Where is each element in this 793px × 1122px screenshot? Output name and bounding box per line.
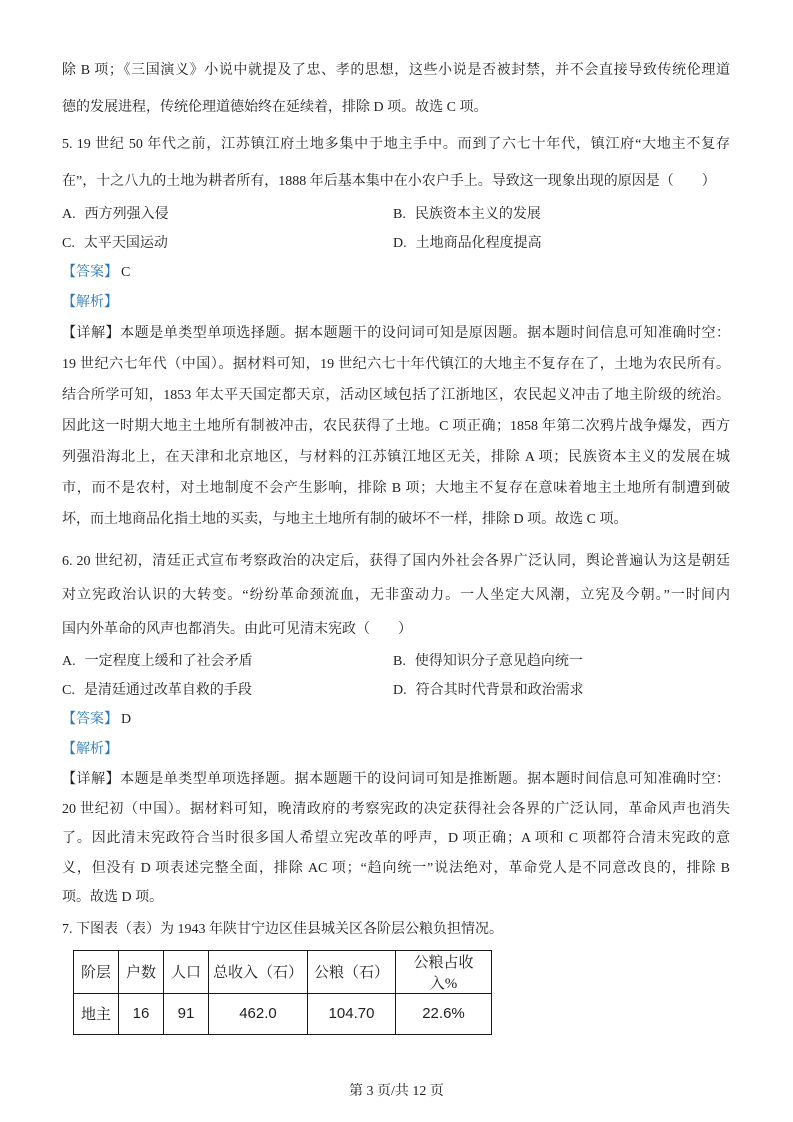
text-line: 德的发展进程，传统伦理道德始终在延续着，排除 D 项。故选 C 项。 — [62, 89, 730, 126]
option-text: 一定程度上缓和了社会矛盾 — [85, 647, 253, 676]
q6-option-c: C. 是清廷通过改革自救的手段 — [62, 676, 393, 705]
q5-detail-line: 【详解】本题是单类型单项选择题。据本题题干的设问词可知是原因题。据本题时间信息可… — [62, 318, 730, 349]
table-cell-grain: 104.70 — [308, 993, 396, 1034]
option-key: D. — [393, 229, 407, 258]
option-key: D. — [393, 676, 407, 705]
q6-detail: 【详解】本题是单类型单项选择题。据本题题干的设问词可知是推断题。据本题时间信息可… — [62, 765, 730, 913]
q6-detail-line: 【详解】本题是单类型单项选择题。据本题题干的设问词可知是推断题。据本题时间信息可… — [62, 765, 730, 795]
table-header-cell: 阶层 — [74, 950, 119, 993]
q5-stem-line: 5. 19 世纪 50 年代之前，江苏镇江府土地多集中于地主手中。而到了六七十年… — [62, 126, 730, 163]
q6-stem-line: 6. 20 世纪初，清廷正式宣布考察政治的决定后，获得了国内外社会各界广泛认同，… — [62, 545, 730, 579]
q6-option-d: D. 符合其时代背景和政治需求 — [393, 676, 584, 705]
q5-answer-row: 【答案】C — [62, 258, 730, 288]
q5-detail-line: 19 世纪六七年代（中国）。据材料可知，19 世纪六七十年代镇江的大地主不复存在… — [62, 349, 730, 380]
text-line: 除 B 项；《三国演义》小说中就提及了忠、孝的思想，这些小说是否被封禁，并不会直… — [62, 52, 730, 89]
q5-option-c: C. 太平天国运动 — [62, 229, 393, 258]
option-text: 太平天国运动 — [84, 229, 168, 258]
option-text: 使得知识分子意见趋向统一 — [415, 647, 583, 676]
answer-label: 【答案】 — [62, 712, 118, 727]
answer-label: 【答案】 — [62, 265, 118, 280]
table-row: 地主 16 91 462.0 104.70 22.6% — [74, 993, 492, 1034]
grain-burden-table: 阶层 户数 人口 总收入（石） 公粮（石） 公粮占收入% 地主 16 91 46… — [73, 950, 492, 1035]
table-header-row: 阶层 户数 人口 总收入（石） 公粮（石） 公粮占收入% — [74, 950, 492, 993]
option-key: C. — [62, 229, 75, 258]
table-cell-households: 16 — [119, 993, 164, 1034]
q6-detail-line: 20 世纪初（中国）。据材料可知，晚清政府的考察宪政的决定获得社会各界的广泛认同… — [62, 795, 730, 825]
q6-option-b: B. 使得知识分子意见趋向统一 — [393, 647, 583, 676]
q6-stem-line: 对立宪政治认识的大转变。“纷纷革命颈流血，无非蛮动力。一人坐定大风潮，立宪及今朝… — [62, 579, 730, 613]
option-key: C. — [62, 676, 75, 705]
q6-stem-line: 国内外革命的风声也都消失。由此可见清末宪政（ ） — [62, 613, 730, 647]
option-key: A. — [62, 200, 76, 229]
q5-options-row-2: C. 太平天国运动 D. 土地商品化程度提高 — [62, 229, 730, 258]
q5-detail-line: 结合所学可知，1853 年太平天国定都天京，活动区域包括了江浙地区，农民起义冲击… — [62, 380, 730, 411]
q5-detail: 【详解】本题是单类型单项选择题。据本题题干的设问词可知是原因题。据本题时间信息可… — [62, 318, 730, 535]
q5-detail-line: 坏，而土地商品化指土地的买卖，与地主土地所有制的破坏不一样，排除 D 项。故选 … — [62, 504, 730, 535]
option-key: B. — [393, 200, 406, 229]
page-number-footer: 第 3 页/共 12 页 — [0, 1080, 793, 1100]
q4-analysis-tail: 除 B 项；《三国演义》小说中就提及了忠、孝的思想，这些小说是否被封禁，并不会直… — [62, 52, 730, 126]
document-page: 除 B 项；《三国演义》小说中就提及了忠、孝的思想，这些小说是否被封禁，并不会直… — [0, 0, 793, 1122]
q6-option-a: A. 一定程度上缓和了社会矛盾 — [62, 647, 393, 676]
q5-detail-line: 列强沿海北上，在天津和北京地区，与材料的江苏镇江地区无关，排除 A 项；民族资本… — [62, 442, 730, 473]
option-text: 符合其时代背景和政治需求 — [416, 676, 584, 705]
q5-option-a: A. 西方列强入侵 — [62, 200, 393, 229]
answer-value: D — [121, 712, 131, 727]
analysis-label: 【解析】 — [62, 295, 118, 310]
q5-option-b: B. 民族资本主义的发展 — [393, 200, 541, 229]
table-cell-income: 462.0 — [209, 993, 308, 1034]
option-text: 西方列强入侵 — [85, 200, 169, 229]
q7-intro: 7. 下图表（表）为 1943 年陕甘宁边区佳县城关区各阶层公粮负担情况。 — [62, 915, 730, 944]
table-cell-population: 91 — [164, 993, 209, 1034]
q6-detail-line: 义，但没有 D 项表述完整全面，排除 AC 项；“趋向统一”说法绝对，革命党人是… — [62, 854, 730, 884]
q6-options-row-2: C. 是清廷通过改革自救的手段 D. 符合其时代背景和政治需求 — [62, 676, 730, 705]
option-text: 民族资本主义的发展 — [415, 200, 541, 229]
q5-options-row-1: A. 西方列强入侵 B. 民族资本主义的发展 — [62, 200, 730, 229]
analysis-label: 【解析】 — [62, 742, 118, 757]
table-cell-class: 地主 — [74, 993, 119, 1034]
q5-detail-line: 市，而不是农村，对土地制度不会产生影响，排除 B 项；大地主不复存在意味着地主土… — [62, 473, 730, 504]
q6-analysis-row: 【解析】 — [62, 735, 730, 765]
option-text: 是清廷通过改革自救的手段 — [84, 676, 252, 705]
table-header-cell: 总收入（石） — [209, 950, 308, 993]
table-header-cell: 公粮（石） — [308, 950, 396, 993]
q6-options-row-1: A. 一定程度上缓和了社会矛盾 B. 使得知识分子意见趋向统一 — [62, 647, 730, 676]
q6-stem: 6. 20 世纪初，清廷正式宣布考察政治的决定后，获得了国内外社会各界广泛认同，… — [62, 545, 730, 647]
q5-stem-line: 在”，十之八九的土地为耕者所有，1888 年后基本集中在小农户手上。导致这一现象… — [62, 163, 730, 200]
option-key: B. — [393, 647, 406, 676]
q6-detail-line: 了。因此清末宪政符合当时很多国人希望立宪改革的呼声，D 项正确；A 项和 C 项… — [62, 824, 730, 854]
q6-answer-row: 【答案】D — [62, 705, 730, 735]
q5-detail-line: 因此这一时期大地主土地所有制被冲击，农民获得了土地。C 项正确；1858 年第二… — [62, 411, 730, 442]
q5-analysis-row: 【解析】 — [62, 288, 730, 318]
table-header-cell: 公粮占收入% — [396, 950, 492, 993]
table-header-cell: 户数 — [119, 950, 164, 993]
answer-value: C — [121, 265, 130, 280]
option-key: A. — [62, 647, 76, 676]
table-cell-percentage: 22.6% — [396, 993, 492, 1034]
q5-option-d: D. 土地商品化程度提高 — [393, 229, 542, 258]
page-content: 除 B 项；《三国演义》小说中就提及了忠、孝的思想，这些小说是否被封禁，并不会直… — [62, 52, 730, 1035]
table-header-cell: 人口 — [164, 950, 209, 993]
option-text: 土地商品化程度提高 — [416, 229, 542, 258]
q6-detail-line: 项。故选 D 项。 — [62, 883, 730, 913]
q5-stem: 5. 19 世纪 50 年代之前，江苏镇江府土地多集中于地主手中。而到了六七十年… — [62, 126, 730, 200]
